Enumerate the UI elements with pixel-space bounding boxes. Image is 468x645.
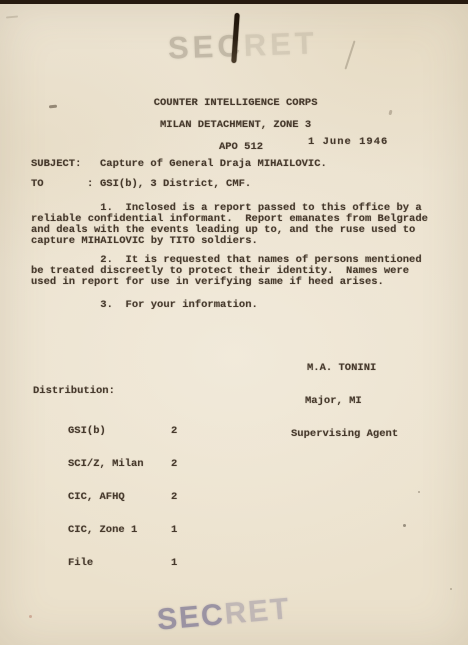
secret-stamp-top: SECRET xyxy=(167,25,318,66)
distribution-copies: 1 xyxy=(171,524,177,536)
signature-name: M.A. TONINI xyxy=(307,363,398,374)
secret-stamp-bottom-strong: SEC xyxy=(156,598,226,637)
letterhead-line-2: MILAN DETACHMENT, ZONE 3 xyxy=(160,119,311,131)
pencil-mark-top-left xyxy=(6,15,18,18)
distribution-name: CIC, Zone 1 xyxy=(68,525,171,536)
to-colon: : xyxy=(87,179,93,190)
paragraph-1: 1. Inclosed is a report passed to this o… xyxy=(31,203,428,247)
distribution-row: CIC, Zone 11 xyxy=(68,525,177,536)
date-line: 1 June 1946 xyxy=(308,137,388,148)
signature-title: Supervising Agent xyxy=(291,429,398,440)
distribution-copies: 2 xyxy=(171,425,177,437)
paragraph-2: 2. It is requested that names of persons… xyxy=(31,255,422,288)
distribution-name: GSI(b) xyxy=(68,426,171,437)
to-label: TO xyxy=(31,179,44,190)
secret-stamp-top-faint: RET xyxy=(243,25,318,63)
distribution-copies: 1 xyxy=(171,557,177,569)
paper-speck xyxy=(418,491,420,493)
distribution-row: CIC, AFHQ2 xyxy=(68,492,177,503)
distribution-row: SCI/Z, Milan2 xyxy=(68,459,177,470)
distribution-row: GSI(b)2 xyxy=(68,426,177,437)
paper-speck xyxy=(403,524,406,527)
signature-rank: Major, MI xyxy=(305,396,398,407)
letterhead-line-1: COUNTER INTELLIGENCE CORPS xyxy=(154,97,318,109)
distribution-name: SCI/Z, Milan xyxy=(68,459,171,470)
distribution-row: File1 xyxy=(68,558,177,569)
paper-speck xyxy=(29,615,32,618)
distribution-copies: 2 xyxy=(171,491,177,503)
secret-stamp-bottom: SECRET xyxy=(156,592,292,638)
distribution-name: File xyxy=(68,558,171,569)
scanned-document-page: SECRET COUNTER INTELLIGENCE CORPS MILAN … xyxy=(0,0,468,645)
subject-text: Capture of General Draja MIHAILOVIC. xyxy=(100,159,327,170)
to-text: GSI(b), 3 District, CMF. xyxy=(100,179,251,190)
signature-block: M.A. TONINI Major, MI Supervising Agent xyxy=(291,341,398,462)
distribution-label: Distribution: xyxy=(33,386,115,397)
subject-label: SUBJECT: xyxy=(31,159,81,170)
secret-stamp-bottom-faint: RET xyxy=(223,592,292,631)
distribution-copies: 2 xyxy=(171,458,177,470)
distribution-name: CIC, AFHQ xyxy=(68,492,171,503)
distribution-list: GSI(b)2 SCI/Z, Milan2 CIC, AFHQ2 CIC, Zo… xyxy=(68,404,177,591)
paragraph-3: 3. For your information. xyxy=(31,300,258,311)
paper-speck xyxy=(450,588,452,590)
pencil-mark-top-right xyxy=(344,40,355,69)
